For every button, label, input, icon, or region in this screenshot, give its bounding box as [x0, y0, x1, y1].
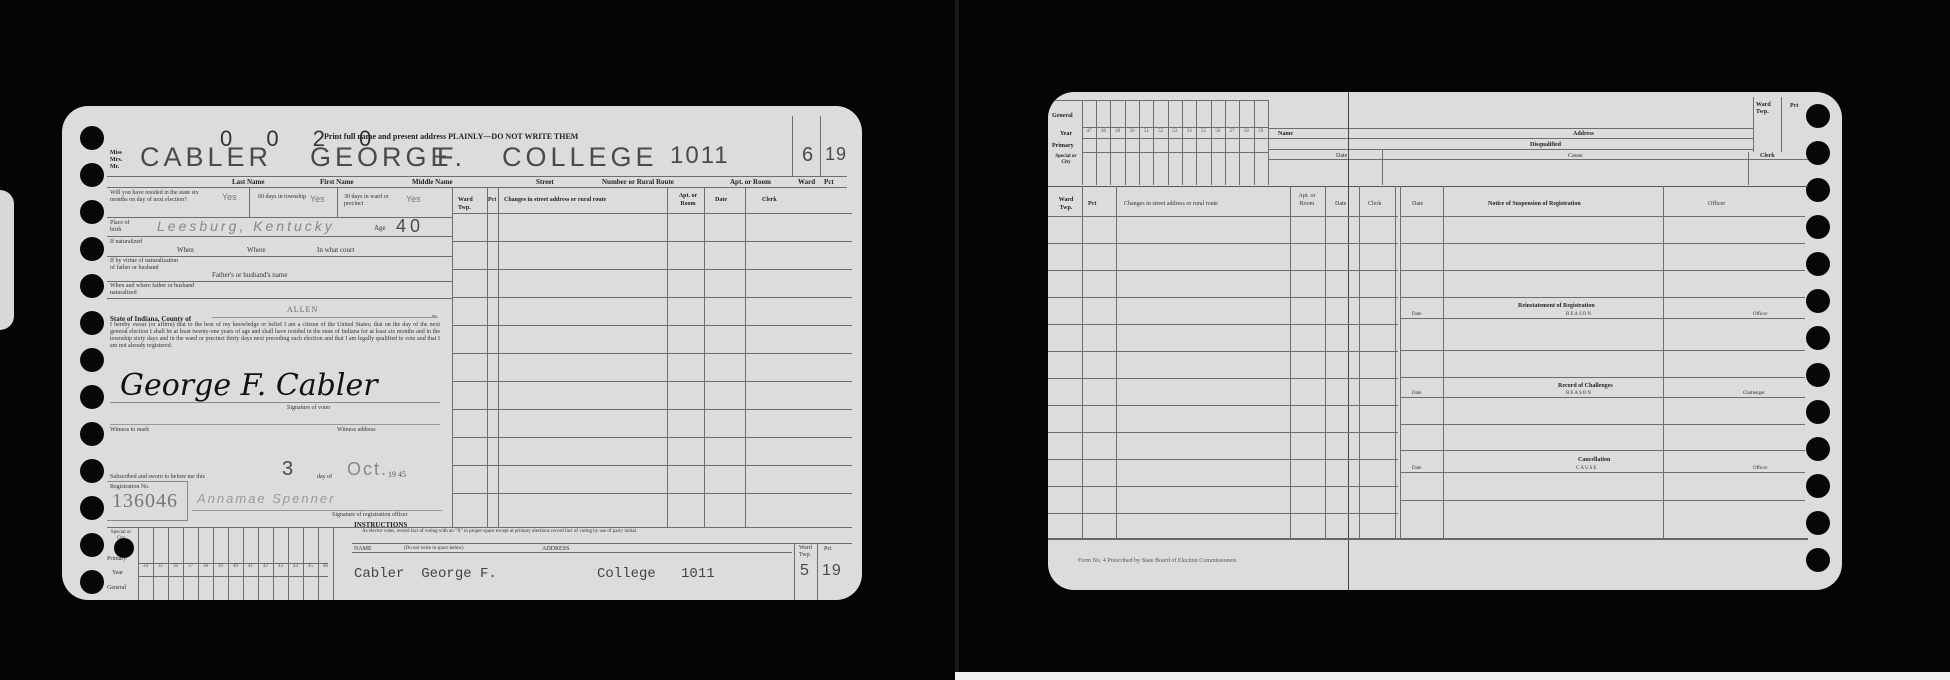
stub-name-value: Cabler George F.	[354, 566, 497, 582]
punch-hole	[1806, 511, 1830, 535]
middle-name-value: F.	[437, 142, 466, 173]
age-value: 40	[396, 216, 424, 237]
year-cell: 38	[198, 564, 213, 576]
label-residence-township: 60 days in township	[258, 194, 308, 201]
punch-hole	[80, 385, 104, 409]
year-cell: 35	[153, 564, 168, 576]
witness-address-label: Witness address	[337, 426, 376, 434]
year-cell: 56	[1211, 129, 1225, 138]
year-cell: 53	[1168, 129, 1182, 138]
label-residence-ward: 30 days in ward or precinct	[344, 194, 404, 208]
year-cell: 39	[213, 564, 228, 576]
year-cell: 57	[1225, 129, 1239, 138]
previous-card-fragment	[0, 190, 14, 330]
changes-header-pct: Pct	[488, 196, 496, 204]
year-cell: 50	[1125, 129, 1139, 138]
back-grid-label-special: Special or City	[1052, 154, 1080, 166]
last-name-value: CABLER	[140, 142, 272, 173]
back-changes-header-ward: Ward Twp.	[1054, 196, 1078, 212]
punch-hole	[80, 126, 104, 150]
grid-label-primary: Primary	[107, 555, 126, 563]
year-cell: 44	[288, 564, 303, 576]
pct-value: 19	[825, 144, 847, 165]
punch-hole	[80, 533, 104, 557]
label-age: Age	[374, 224, 386, 232]
subscribed-month: Oct.	[347, 459, 388, 480]
header-instruction: Print full name and present address PLAI…	[324, 133, 578, 141]
back-ward-twp-label: Ward Twp.	[1756, 102, 1778, 116]
number-value: 1011	[670, 142, 730, 170]
punch-hole	[80, 570, 104, 594]
place-of-birth-value: Leesburg, Kentucky	[157, 218, 335, 234]
voter-signature-label: Signature of voter	[287, 404, 330, 412]
reinstatement-title: Reinstatement of Registration	[1518, 302, 1595, 310]
punch-hole	[80, 496, 104, 520]
punch-hole	[80, 311, 104, 335]
punch-hole	[80, 274, 104, 298]
label-first-name: First Name	[320, 178, 354, 186]
punch-hole	[1806, 400, 1830, 424]
punch-hole	[80, 459, 104, 483]
label-place-of-birth: Place of birth	[110, 220, 140, 234]
punch-hole	[1806, 141, 1830, 165]
back-name-label: Name	[1278, 130, 1293, 138]
year-cell: 51	[1139, 129, 1153, 138]
grid-label-special: Special or City	[107, 530, 135, 542]
street-value: COLLEGE	[502, 142, 658, 173]
back-address-label: Address	[1573, 130, 1594, 138]
year-cell: 36	[168, 564, 183, 576]
residence-ward-value: Yes	[406, 194, 421, 204]
back-grid-label-general: General	[1052, 112, 1073, 120]
punch-hole	[80, 348, 104, 372]
punch-hole	[1806, 289, 1830, 313]
title-prefix-miss: Miss	[110, 150, 122, 156]
label-when-where-father: When and where father or husband natural…	[110, 283, 200, 297]
subscribed-day: 3	[282, 458, 297, 481]
ward-value: 6	[802, 144, 817, 167]
year-cell: 52	[1153, 129, 1167, 138]
residence-township-value: Yes	[310, 194, 325, 204]
year-cell: 34	[138, 564, 153, 576]
scan-edge-white	[955, 672, 1950, 680]
punch-hole	[1806, 104, 1830, 128]
year-cell: 58	[1239, 129, 1253, 138]
suspension-header-officer: Officer	[1708, 200, 1725, 208]
label-apt-room: Apt. or Room	[730, 178, 771, 186]
voter-signature: George F. Cabler	[120, 368, 378, 403]
label-last-name: Last Name	[232, 178, 264, 186]
witness-to-mark-label: Witness to mark	[110, 426, 149, 434]
label-when: When	[177, 246, 194, 254]
suspension-header-date: Date	[1412, 200, 1423, 208]
label-pct: Pct	[824, 178, 834, 186]
punch-hole	[1806, 363, 1830, 387]
year-cell: 59	[1254, 129, 1268, 138]
label-middle-name: Middle Name	[412, 178, 453, 186]
oath-county-value: ALLEN	[287, 306, 318, 314]
changes-header-clerk: Clerk	[762, 196, 777, 204]
stub-pct-value: 19	[822, 562, 842, 580]
first-name-value: GEORGE	[310, 142, 453, 173]
year-cell: 45	[303, 564, 318, 576]
back-changes-header-address: Changes in street address or rural route	[1124, 200, 1218, 208]
stub-ward-value: 5	[800, 562, 813, 580]
grid-label-year: Year	[112, 569, 123, 577]
back-changes-header-apt: Apt. or Room	[1296, 192, 1318, 208]
cancellation-title: Cancellation	[1578, 456, 1610, 464]
oath-text: I hereby swear (or affirm) that to the b…	[110, 322, 440, 350]
back-grid-label-primary: Primary	[1052, 142, 1074, 150]
changes-header-date: Date	[715, 196, 727, 204]
registration-no-value: 136046	[112, 490, 178, 513]
officer-signature-label: Signature of registration officer	[332, 511, 408, 519]
year-cell: 42	[258, 564, 273, 576]
label-number-route: Number or Rural Route	[602, 178, 674, 186]
punch-hole	[80, 422, 104, 446]
scan-line	[1348, 92, 1349, 590]
label-ward: Ward	[798, 178, 815, 186]
year-cell: 41	[243, 564, 258, 576]
label-naturalized: If naturalized	[110, 239, 150, 246]
label-where: Where	[247, 246, 266, 254]
front-card: 0 0 2 0 Print full name and present addr…	[62, 106, 862, 600]
year-cell: 55	[1196, 129, 1210, 138]
stub-address-value: College 1011	[597, 566, 715, 582]
challenges-title: Record of Challenges	[1558, 382, 1613, 390]
label-street: Street	[536, 178, 554, 186]
punch-hole	[1806, 215, 1830, 239]
changes-header-apt: Apt. or Room	[674, 192, 702, 208]
title-prefix-mrs: Mrs.	[110, 157, 122, 163]
changes-header-address: Changes in street address or rural route	[504, 196, 606, 204]
label-residence-state: Will you have resided in the state six m…	[110, 190, 210, 204]
back-changes-header-date: Date	[1335, 200, 1346, 208]
back-grid-label-year: Year	[1060, 130, 1072, 138]
back-changes-header-pct: Pct	[1088, 200, 1096, 208]
subscribed-text: Subscribed and sworn to before me this	[110, 473, 205, 481]
punch-hole	[1806, 548, 1830, 572]
punch-hole	[1806, 474, 1830, 498]
residence-state-value: Yes	[222, 192, 237, 202]
suspension-header-notice: Notice of Suspension of Registration	[1488, 200, 1581, 208]
punch-hole	[1806, 437, 1830, 461]
stub-pct-label: Pct	[824, 545, 832, 553]
year-cell: 40	[228, 564, 243, 576]
punch-hole	[80, 200, 104, 224]
back-disqualified-label: Disqualified	[1530, 141, 1561, 149]
back-card: General Year Primary Special or City 47 …	[1048, 92, 1842, 590]
year-cell: 46	[318, 564, 333, 576]
punch-hole	[1806, 326, 1830, 350]
punch-hole	[80, 163, 104, 187]
label-father-husband-name: Father's or husband's name	[212, 271, 287, 279]
year-cell: 47	[1082, 129, 1096, 138]
back-pct-label: Pct	[1790, 102, 1798, 110]
officer-signature: Annamae Spenner	[197, 491, 335, 506]
back-changes-header-clerk: Clerk	[1368, 200, 1381, 208]
instructions-text: As elector votes, record fact of voting …	[362, 529, 812, 535]
label-by-virtue: If by virtue of naturalization of father…	[110, 258, 180, 272]
punch-hole	[1806, 252, 1830, 276]
label-in-what-court: In what court	[317, 246, 354, 254]
stub-ward-label: Ward Twp.	[799, 545, 819, 559]
oath-ss: ss.	[432, 313, 438, 321]
instructions-title: INSTRUCTIONS	[354, 521, 407, 529]
year-cell: 37	[183, 564, 198, 576]
title-prefix-mr: Mr.	[110, 164, 119, 170]
grid-label-general: General	[107, 584, 126, 592]
year-cell: 49	[1111, 129, 1125, 138]
subscribed-day-of: day of	[317, 473, 332, 481]
year-cell: 48	[1096, 129, 1110, 138]
punch-hole	[1806, 178, 1830, 202]
punch-hole	[80, 237, 104, 261]
year-cell: 54	[1182, 129, 1196, 138]
year-cell: 43	[273, 564, 288, 576]
scan-divider	[955, 0, 959, 680]
form-footer: Form No. 4 Prescribed by State Board of …	[1078, 557, 1237, 565]
subscribed-year: 19 45	[388, 471, 406, 479]
changes-header-ward: Ward Twp.	[458, 196, 484, 212]
